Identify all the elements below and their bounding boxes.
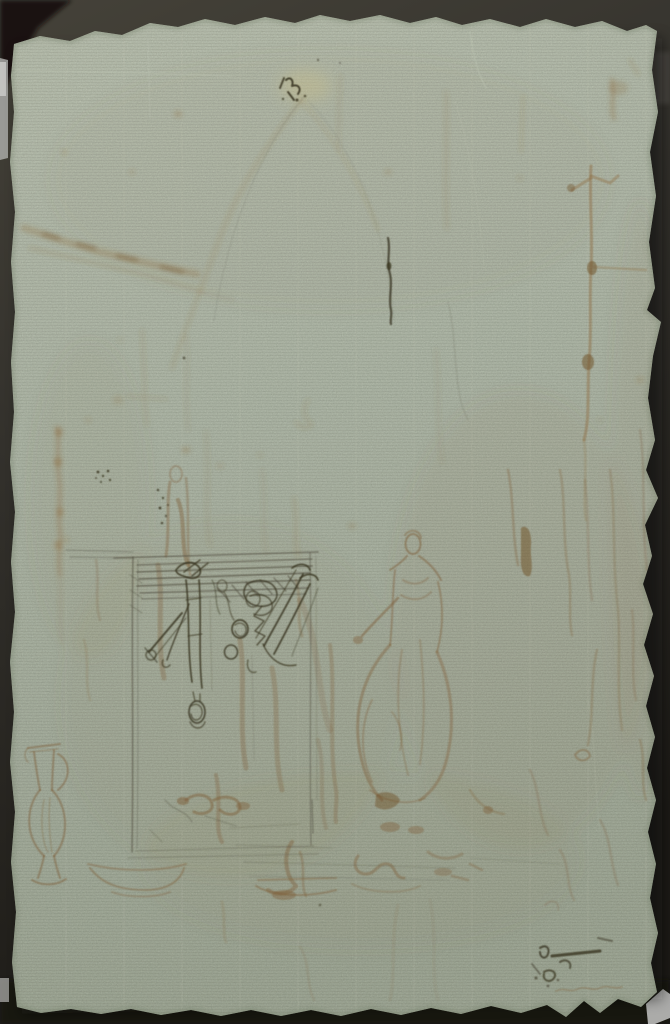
photograph-of-drawing: dark studio backdrop grey mount fragment… [0,0,670,1024]
